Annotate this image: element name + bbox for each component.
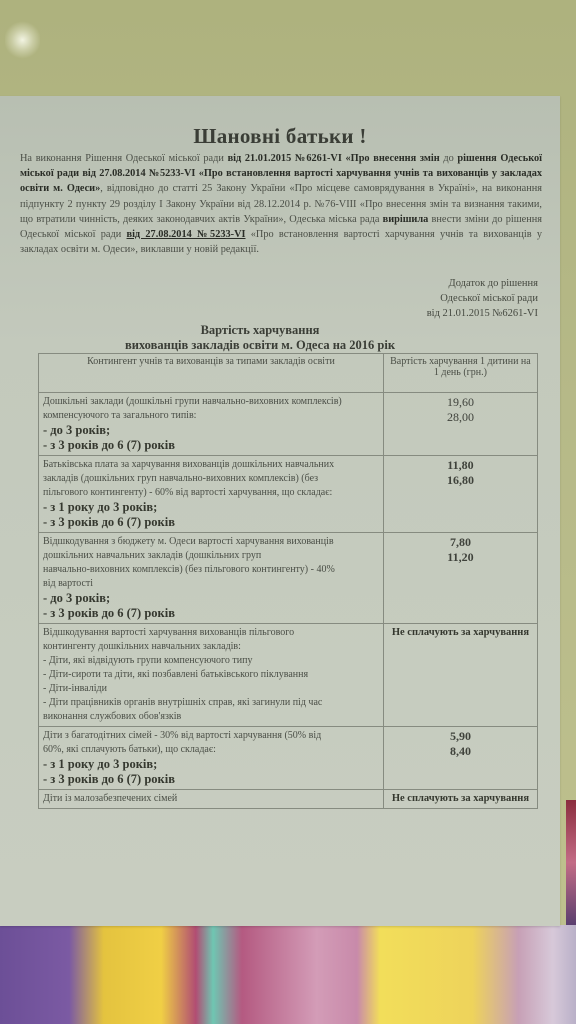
intro-text-fragment: до [440, 153, 458, 164]
cost-cell: 5,908,40 [383, 727, 537, 790]
princess-poster [0, 925, 576, 1024]
contingent-text: Дошкільні заклади (дошкільні групи навча… [43, 395, 379, 409]
appendix-line: Додаток до рішення [427, 276, 538, 291]
age-group: - до 3 років; [43, 591, 379, 606]
contingent-text: закладів (дошкільних груп навчально-вихо… [43, 472, 379, 486]
cost-value: 16,80 [388, 473, 533, 488]
table-row: Відшкодування вартості харчування вихова… [39, 624, 538, 727]
contingent-cell: Дошкільні заклади (дошкільні групи навча… [39, 393, 384, 456]
cost-cell: Не сплачують за харчування [383, 790, 537, 809]
meal-cost-table: Контингент учнів та вихованців за типами… [38, 353, 538, 809]
contingent-cell: Відшкодування з бюджету м. Одеси вартост… [39, 533, 384, 624]
no-payment-note: Не сплачують за харчування [388, 626, 533, 640]
table-row: Діти з багатодітних сімей - 30% від варт… [39, 727, 538, 790]
appendix-line: Одеської міської ради [427, 291, 538, 306]
cost-value: 19,60 [388, 395, 533, 410]
appendix-note: Додаток до рішення Одеської міської ради… [427, 276, 538, 321]
contingent-text: Відшкодування з бюджету м. Одеси вартост… [43, 535, 379, 549]
header-cost: Вартість харчування 1 дитини на 1 день (… [383, 354, 537, 393]
contingent-text: Відшкодування вартості харчування вихова… [43, 626, 379, 640]
contingent-text: Діти із малозабезпечених сімей [43, 792, 379, 806]
contingent-text: Батьківська плата за харчування вихованц… [43, 458, 379, 472]
contingent-text: від вартості [43, 577, 379, 591]
no-payment-note: Не сплачують за харчування [388, 792, 533, 806]
intro-text-fragment: від 27.08.2014 №5233-VI [127, 229, 246, 240]
header-contingent: Контингент учнів та вихованців за типами… [39, 354, 384, 393]
table-title-line: Вартість харчування [0, 323, 520, 338]
cost-value: 11,80 [388, 458, 533, 473]
age-group: - з 3 років до 6 (7) років [43, 606, 379, 621]
light-glare [5, 20, 40, 60]
age-group: - з 1 року до 3 років; [43, 757, 379, 772]
cost-value: 5,90 [388, 729, 533, 744]
age-group: - з 3 років до 6 (7) років [43, 515, 379, 530]
age-group: - з 3 років до 6 (7) років [43, 438, 379, 453]
notice-sheet: Шановні батьки ! На виконання Рішення Од… [0, 96, 560, 926]
contingent-text: виконання службових обов'язків [43, 710, 379, 724]
cost-value: 8,40 [388, 744, 533, 759]
contingent-text: пільгового контингенту) - 60% від вартос… [43, 486, 379, 500]
contingent-text: 60%, які сплачують батьки), що складає: [43, 743, 379, 757]
cost-value: 28,00 [388, 410, 533, 425]
intro-text-fragment: На виконання Рішення Одеської міської ра… [20, 153, 228, 164]
contingent-text: навчально-виховних комплексів) (без піль… [43, 563, 379, 577]
age-group: - з 1 року до 3 років; [43, 500, 379, 515]
appendix-line: від 21.01.2015 №6261-VI [427, 306, 538, 321]
cost-cell: 11,8016,80 [383, 456, 537, 533]
intro-paragraph: На виконання Рішення Одеської міської ра… [20, 151, 542, 257]
age-group: - з 3 років до 6 (7) років [43, 772, 379, 787]
contingent-text: - Діти-сироти та діти, які позбавлені ба… [43, 668, 379, 682]
cost-cell: 7,8011,20 [383, 533, 537, 624]
table-title-line: вихованців закладів освіти м. Одеса на 2… [0, 338, 520, 353]
contingent-text: контингенту дошкільних навчальних заклад… [43, 640, 379, 654]
poster-edge [566, 800, 576, 925]
contingent-text: Діти з багатодітних сімей - 30% від варт… [43, 729, 379, 743]
contingent-text: - Діти-інваліди [43, 682, 379, 696]
contingent-cell: Діти із малозабезпечених сімей [39, 790, 384, 809]
table-row: Діти із малозабезпечених сімейНе сплачую… [39, 790, 538, 809]
contingent-cell: Батьківська плата за харчування вихованц… [39, 456, 384, 533]
notice-title: Шановні батьки ! [0, 124, 560, 149]
table-title: Вартість харчування вихованців закладів … [0, 323, 520, 353]
intro-text-fragment: вирішила [383, 214, 429, 225]
contingent-text: - Діти працівників органів внутрішніх сп… [43, 696, 379, 710]
contingent-text: - Діти, які відвідують групи компенсуючо… [43, 654, 379, 668]
cost-value: 7,80 [388, 535, 533, 550]
contingent-text: компенсуючого та загального типів: [43, 409, 379, 423]
contingent-cell: Відшкодування вартості харчування вихова… [39, 624, 384, 727]
table-row: Дошкільні заклади (дошкільні групи навча… [39, 393, 538, 456]
cost-value: 11,20 [388, 550, 533, 565]
cost-cell: Не сплачують за харчування [383, 624, 537, 727]
table-row: Відшкодування з бюджету м. Одеси вартост… [39, 533, 538, 624]
table-row: Батьківська плата за харчування вихованц… [39, 456, 538, 533]
contingent-text: дошкільних навчальних закладів (дошкільн… [43, 549, 379, 563]
intro-text-fragment: від 21.01.2015 №6261-VI «Про внесення зм… [228, 153, 440, 164]
age-group: - до 3 років; [43, 423, 379, 438]
contingent-cell: Діти з багатодітних сімей - 30% від варт… [39, 727, 384, 790]
table-header-row: Контингент учнів та вихованців за типами… [39, 354, 538, 393]
cost-cell: 19,6028,00 [383, 393, 537, 456]
